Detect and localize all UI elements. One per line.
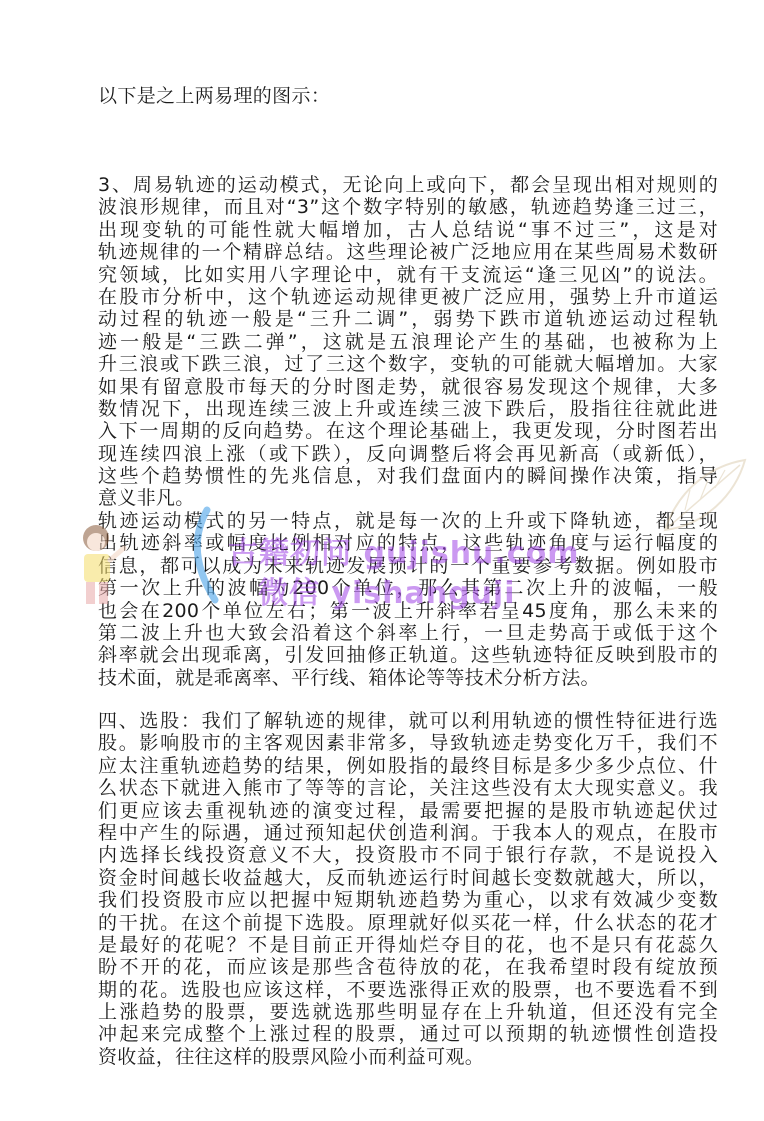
- text-line: 盼不开的花，而应该是那些含苞待放的花，在我希望时段有绽放预: [98, 956, 718, 978]
- text-line: 也会在200个单位左右；第一波上升斜率若呈45度角，那么未来的: [98, 600, 718, 622]
- text-line: 在股市分析中，这个轨迹运动规律更被广泛应用，强势上升市道运: [98, 286, 718, 308]
- text-line: 升三浪或下跌三浪，过了三这个数字，变轨的可能就大幅增加。大家: [98, 353, 718, 375]
- text-line: 入下一周期的反向趋势。在这个理论基础上，我更发现，分时图若出: [98, 420, 718, 442]
- text-line: 程中产生的际遇，通过预知起伏创造利润。于我本人的观点，在股市: [98, 822, 718, 844]
- document-page: 以下是之上两易理的图示： 3、周易轨迹的运动模式，无论向上或向下，都会呈现出相对…: [0, 0, 764, 1121]
- text-line: 如果有留意股市每天的分时图走势，就很容易发现这个规律，大多: [98, 376, 718, 398]
- text-line: 动过程的轨迹一般是“三升二调”，弱势下跌市道轨迹运动过程轨: [98, 308, 718, 330]
- text-line: 迹一般是“三跌二弹”，这就是五浪理论产生的基础，也被称为上: [98, 331, 718, 353]
- intro-text: 以下是之上两易理的图示：: [98, 85, 330, 107]
- text-line: 内选择长线投资意义不大，投资股市不同于银行存款，不是说投入: [98, 844, 718, 866]
- text-line: 资金时间越长收益越大，反而轨迹运行时间越长变数就越大，所以，: [98, 867, 718, 889]
- text-line: 我们投资股市应以把握中短期轨迹趋势为重心，以求有效减少变数: [98, 889, 718, 911]
- text-line: 上涨趋势的股票，要选就选那些明显存在上升轨道，但还没有完全: [98, 1001, 718, 1023]
- text-line: 出轨迹斜率或幅度比例相对应的特点，这些轨迹角度与运行幅度的: [98, 532, 718, 554]
- text-line: 轨迹规律的一个精辟总结。这些理论被广泛地应用在某些周易术数研: [98, 241, 718, 263]
- text-line: 们更应该去重视轨迹的演变过程，最需要把握的是股市轨迹起伏过: [98, 800, 718, 822]
- text-line: 期的花。选股也应该这样，不要选涨得正欢的股票，也不要选看不到: [98, 979, 718, 1001]
- text-line: 是最好的花呢？不是目前正开得灿烂夺目的花，也不是只有花蕊久: [98, 934, 718, 956]
- text-line: 资收益，往往这样的股票风险小而利益可观。: [98, 1046, 718, 1068]
- text-line: 这些个趋势惯性的先兆信息，对我们盘面内的瞬间操作决策，指导: [98, 465, 718, 487]
- text-line: 轨迹运动模式的另一特点，就是每一次的上升或下降轨迹，都呈现: [98, 510, 718, 532]
- text-line: 第一次上升的波幅为200个单位，那么其第二次上升的波幅，一般: [98, 577, 718, 599]
- text-line: 的干扰。在这个前提下选股。原理就好似买花一样，什么状态的花才: [98, 912, 718, 934]
- text-line: 波浪形规律，而且对“3”这个数字特别的敏感，轨迹趋势逢三过三，: [98, 196, 718, 218]
- text-line: 现连续四浪上涨（或下跌），反向调整后将会再见新高（或新低），: [98, 443, 718, 465]
- paragraph-trajectory-feature: 轨迹运动模式的另一特点，就是每一次的上升或下降轨迹，都呈现 出轨迹斜率或幅度比例…: [98, 510, 718, 689]
- paragraph-section-3: 3、周易轨迹的运动模式，无论向上或向下，都会呈现出相对规则的 波浪形规律，而且对…: [98, 174, 718, 510]
- paragraph-section-4: 四、选股：我们了解轨迹的规律，就可以利用轨迹的惯性特征进行选 股。影响股市的主客…: [98, 710, 718, 1068]
- text-line: 股。影响股市的主客观因素非常多，导致轨迹走势变化万千，我们不: [98, 732, 718, 754]
- text-line: 斜率就会出现乖离，引发回抽修正轨道。这些轨迹特征反映到股市的: [98, 644, 718, 666]
- text-line: 么状态下就进入熊市了等等的言论，关注这些没有太大现实意义。我: [98, 777, 718, 799]
- text-line: 出现变轨的可能性就大幅增加，古人总结说“事不过三”，这是对: [98, 219, 718, 241]
- text-line: 第二波上升也大致会沿着这个斜率上行，一旦走势高于或低于这个: [98, 622, 718, 644]
- text-line: 技术面，就是乖离率、平行线、箱体论等等技术分析方法。: [98, 667, 718, 689]
- text-line: 四、选股：我们了解轨迹的规律，就可以利用轨迹的惯性特征进行选: [98, 710, 718, 732]
- text-line: 3、周易轨迹的运动模式，无论向上或向下，都会呈现出相对规则的: [98, 174, 718, 196]
- text-line: 意义非凡。: [98, 487, 718, 509]
- text-line: 应太注重轨迹趋势的结果，例如股指的最终目标是多少多少点位、什: [98, 755, 718, 777]
- text-line: 数情况下，出现连续三波上升或连续三波下跌后，股指往往就此进: [98, 398, 718, 420]
- text-line: 信息，都可以成为未来轨迹发展预计的一个重要参考数据。例如股市: [98, 555, 718, 577]
- text-line: 究领域，比如实用八字理论中，就有干支流运“逢三见凶”的说法。: [98, 264, 718, 286]
- text-line: 冲起来完成整个上涨过程的股票，通过可以预期的轨迹惯性创造投: [98, 1023, 718, 1045]
